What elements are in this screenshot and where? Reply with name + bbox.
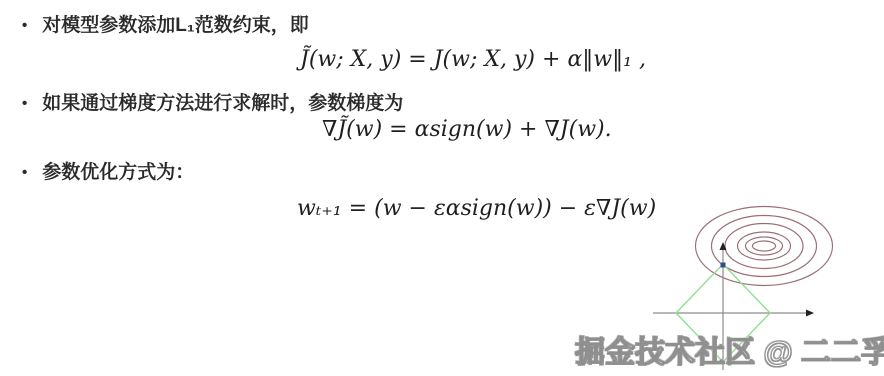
formula-update-rule: wₜ₊₁ = (w − εαsign(w)) − ε∇J(w) <box>297 195 656 223</box>
bullet-item-3: • 参数优化方式为： <box>16 161 194 185</box>
bullet-item-1: • 对模型参数添加L₁范数约束，即 <box>16 14 309 38</box>
loss-contour-ellipse-5 <box>746 237 783 255</box>
bullet-marker: • <box>22 161 27 185</box>
x-axis-arrowhead <box>806 310 814 317</box>
sparse-solution-marker <box>721 263 726 268</box>
loss-contour-ellipse-2 <box>712 216 817 277</box>
slide: • 对模型参数添加L₁范数约束，即 J̃(w; X, y) = J(w; X, … <box>0 0 884 376</box>
formula-l1-objective: J̃(w; X, y) = J(w; X, y) + α‖w‖₁ , <box>300 46 646 74</box>
bullet-marker: • <box>22 14 27 38</box>
loss-contour-ellipse-3 <box>725 224 803 269</box>
bullet-text-gradient-method: 如果通过梯度方法进行求解时，参数梯度为 <box>42 92 403 116</box>
bullet-item-2: • 如果通过梯度方法进行求解时，参数梯度为 <box>16 92 403 116</box>
bullet-text-add-l1-constraint: 对模型参数添加L₁范数约束，即 <box>42 14 308 38</box>
bullet-marker: • <box>22 92 27 116</box>
formula-gradient: ∇J̃(w) = αsign(w) + ∇J(w). <box>322 116 612 144</box>
loss-contour-ellipse-6 <box>753 241 776 251</box>
loss-contour-ellipse-1 <box>696 207 833 286</box>
bullet-text-parameter-update: 参数优化方式为： <box>42 161 194 185</box>
watermark-text: 掘金技术社区 @ 二二孚日 <box>575 327 884 371</box>
